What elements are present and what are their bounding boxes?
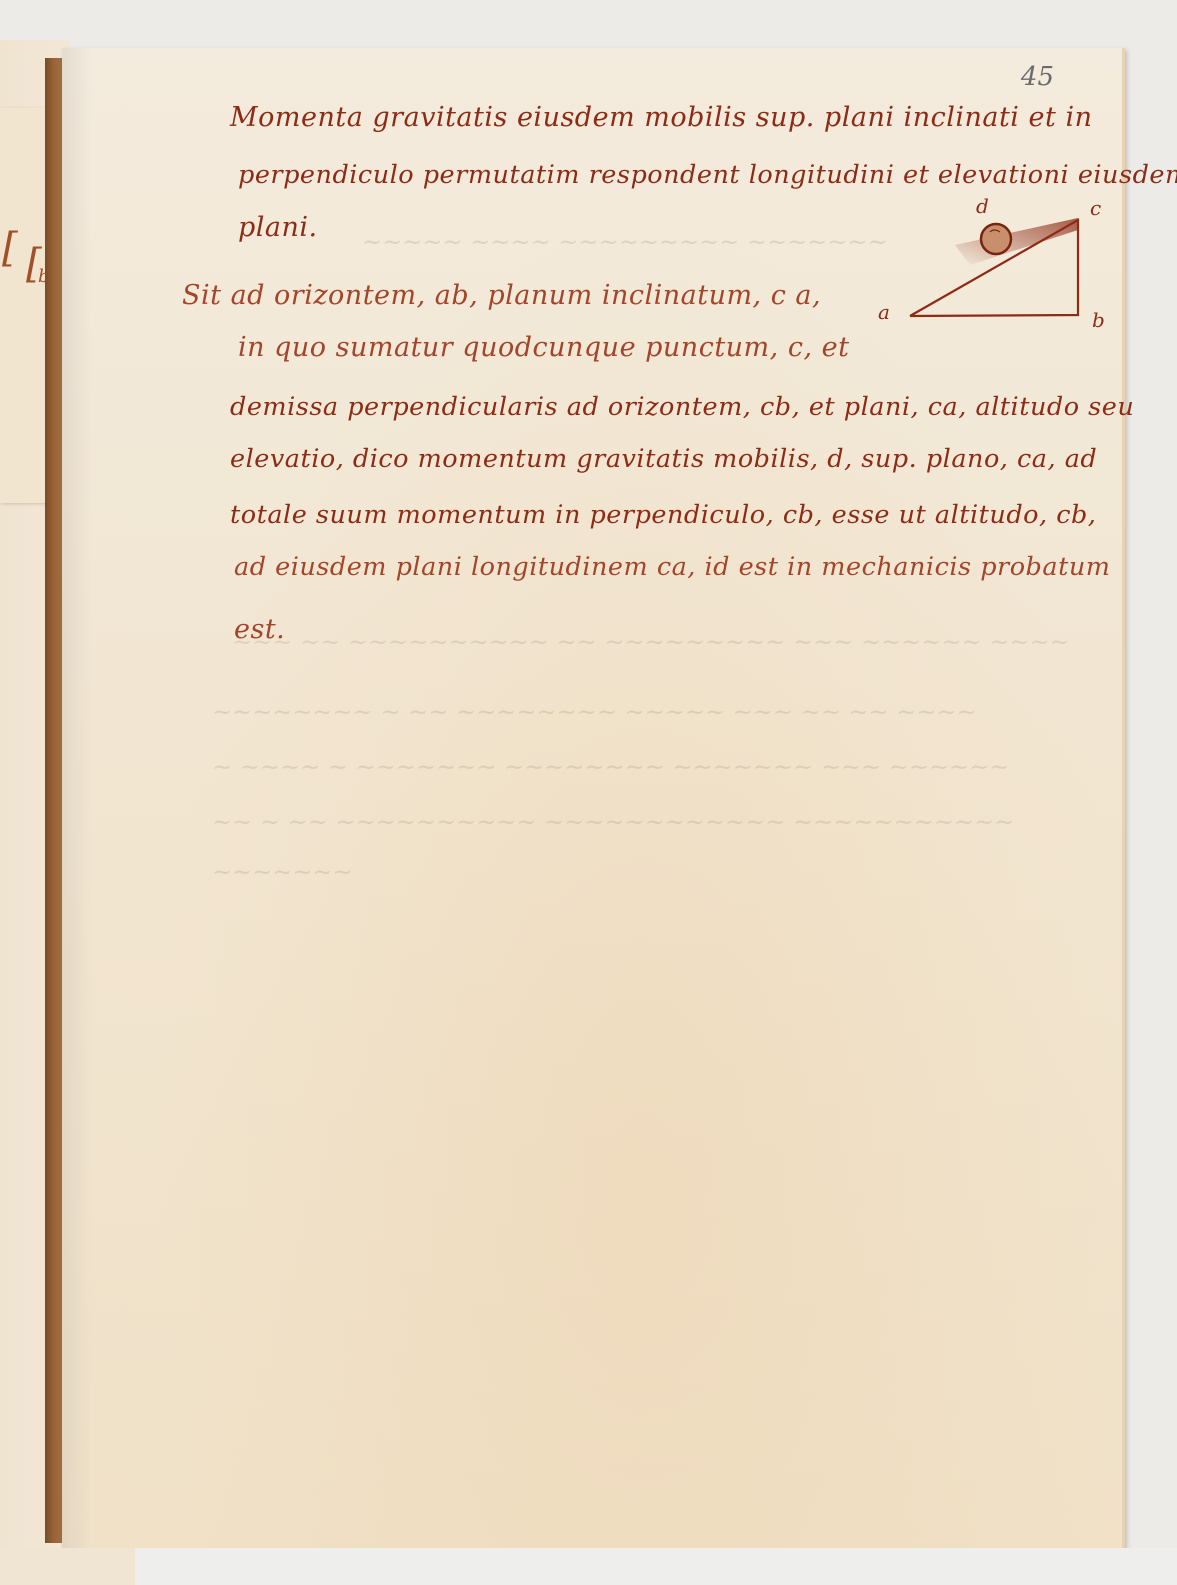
manuscript-line: elevatio, dico momentum gravitatis mobil… [230,444,1097,474]
manuscript-line: perpendiculo permutatim respondent longi… [238,160,1177,190]
manuscript-line: ad eiusdem plani longitudinem ca, id est… [234,552,1110,582]
background-surface [135,1548,1177,1585]
bleed-through-line: ~~~~~~~ [212,858,353,886]
diagram-label-a: a [878,300,890,324]
bleed-through-line: ~ ~~~~ ~ ~~~~~~~ ~~~~~~~~ ~~~~~~~ ~~~ ~~… [212,753,1009,781]
manuscript-page: 45 ~~~~~ ~~~~ ~~~~~~~~~ ~~~~~~~ ~~~ ~~ ~… [62,48,1125,1551]
diagram-label-d: d [976,194,989,218]
manuscript-line: plani. [238,212,318,243]
bleed-through-line: ~~~~~ ~~~~ ~~~~~~~~~ ~~~~~~~ [362,228,888,256]
folio-number: 45 [1021,62,1054,92]
binding-spine [45,58,63,1543]
fragment-mark: [ [2,228,18,268]
diagram-label-b: b [1092,308,1105,332]
inclined-plane-figure [860,190,1120,330]
manuscript-line: demissa perpendicularis ad orizontem, cb… [230,392,1134,422]
underlying-sheet-edge [0,1548,135,1585]
bleed-through-line: ~~~ ~~ ~~~~~~~~~~ ~~ ~~~~~~~~~ ~~~ ~~~~~… [232,628,1070,656]
manuscript-line: Sit ad orizontem, ab, planum inclinatum,… [182,280,821,311]
bleed-through-line: ~~~~~~~~ ~ ~~ ~~~~~~~~ ~~~~~ ~~~ ~~ ~~ ~… [212,698,977,726]
manuscript-line: totale suum momentum in perpendiculo, cb… [230,500,1096,530]
manuscript-line: est. [234,614,285,645]
bleed-through-line: ~~ ~ ~~ ~~~~~~~~~~ ~~~~~~~~~~~~ ~~~~~~~~… [212,808,1014,836]
diagram-label-c: c [1090,196,1101,220]
inclined-plane-diagram: d c a b [860,190,1120,330]
manuscript-line: Momenta gravitatis eiusdem mobilis sup. … [230,102,1092,133]
adjacent-page-fragment: [ [ b [0,108,51,503]
manuscript-line: in quo sumatur quodcunque punctum, c, et [238,332,849,363]
